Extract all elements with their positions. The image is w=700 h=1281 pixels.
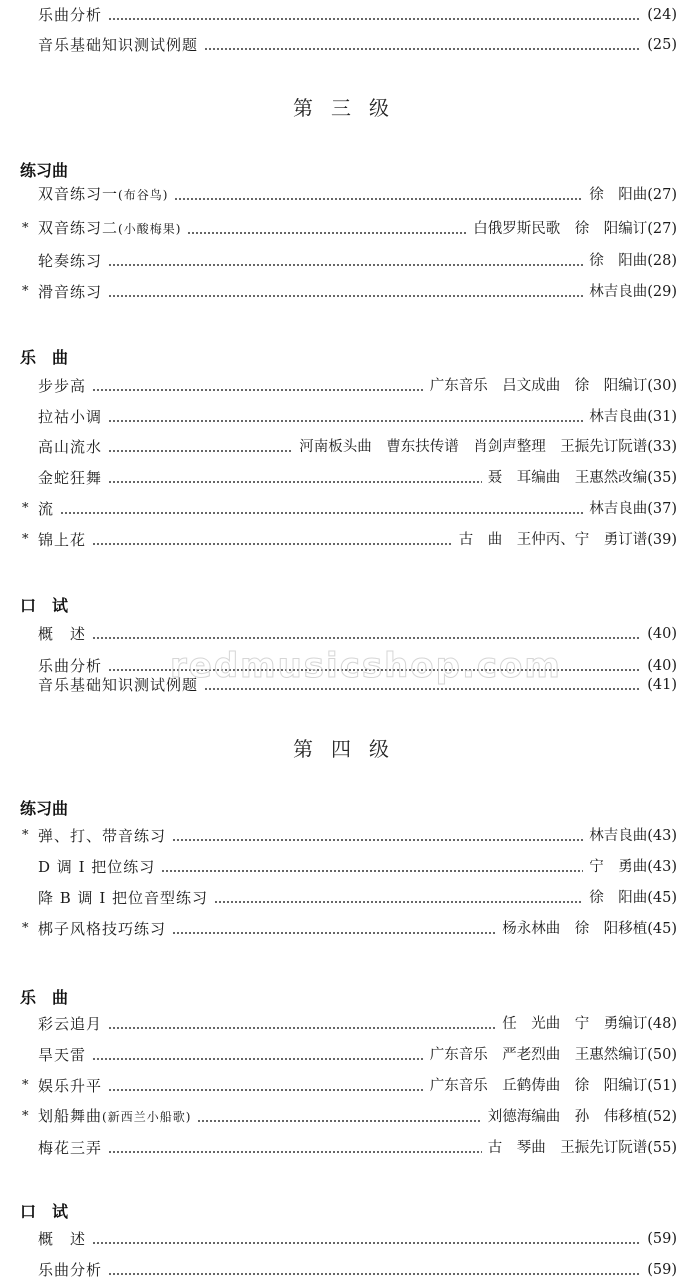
entry-credit: 林吉良曲 (589, 281, 647, 303)
page-number: (27) (647, 218, 677, 240)
entry-title-text: 滑音练习 (38, 283, 102, 301)
entry-title-text: 概 述 (38, 1230, 86, 1248)
dot-leader (92, 637, 641, 639)
dot-leader (204, 688, 641, 690)
level-heading: 第四级 (0, 733, 700, 762)
dot-leader (108, 1151, 482, 1153)
entry-title: 双音练习二(小酸梅果) (38, 217, 181, 240)
toc-entry[interactable]: 音乐基础知识测试例题(41) (38, 674, 677, 696)
toc-entry[interactable]: 概 述(40) (38, 623, 677, 645)
toc-entry[interactable]: D 调 Ⅰ 把位练习宁 勇曲(43) (38, 856, 677, 878)
page-number: (45) (647, 887, 677, 909)
entry-title-text: 概 述 (38, 625, 86, 643)
asterisk-icon: * (22, 529, 38, 551)
page-number: (40) (647, 623, 677, 645)
dot-leader (108, 1027, 496, 1029)
entry-title-text: 乐曲分析 (38, 1261, 102, 1279)
dot-leader (214, 901, 583, 903)
page-number: (24) (647, 4, 677, 26)
entry-title-text: 步步高 (38, 377, 86, 395)
dot-leader (161, 870, 583, 872)
entry-subtitle: (小酸梅果) (118, 222, 181, 236)
dot-leader (108, 1089, 424, 1091)
page-number: (59) (647, 1228, 677, 1250)
page-number: (59) (647, 1259, 677, 1281)
toc-entry[interactable]: 彩云追月任 光曲 宁 勇编订(48) (38, 1013, 677, 1035)
level-heading: 第三级 (0, 92, 700, 121)
dot-leader (92, 1058, 424, 1060)
entry-title: 梅花三弄 (38, 1137, 102, 1159)
entry-title: 音乐基础知识测试例题 (38, 34, 198, 56)
entry-credit: 林吉良曲 (589, 406, 647, 428)
toc-entry[interactable]: *滑音练习林吉良曲(29) (22, 281, 677, 303)
dot-leader (187, 232, 467, 234)
dot-leader (172, 839, 583, 841)
toc-entry[interactable]: 音乐基础知识测试例题(25) (38, 34, 677, 56)
entry-title-text: 梆子风格技巧练习 (38, 920, 166, 938)
entry-title-text: 轮奏练习 (38, 252, 102, 270)
page-number: (35) (647, 467, 677, 489)
page-number: (51) (647, 1075, 677, 1097)
section-heading: 口 试 (20, 1199, 68, 1222)
entry-title-text: 金蛇狂舞 (38, 469, 102, 487)
dot-leader (108, 420, 583, 422)
entry-credit: 聂 耳编曲 王惠然改编 (488, 467, 648, 489)
entry-credit: 杨永林曲 徐 阳移植 (502, 918, 647, 940)
section-heading: 乐 曲 (20, 985, 68, 1008)
entry-title: 划船舞曲(新西兰小船歌) (38, 1105, 191, 1128)
toc-entry[interactable]: *弹、打、带音练习林吉良曲(43) (22, 825, 677, 847)
entry-title-text: 音乐基础知识测试例题 (38, 676, 198, 694)
entry-title-text: 音乐基础知识测试例题 (38, 36, 198, 54)
entry-title-text: 双音练习一 (38, 185, 118, 203)
entry-credit: 林吉良曲 (589, 825, 647, 847)
toc-entry[interactable]: *双音练习二(小酸梅果)白俄罗斯民歌 徐 阳编订(27) (22, 218, 677, 240)
entry-title-text: 乐曲分析 (38, 6, 102, 24)
asterisk-icon: * (22, 825, 38, 847)
dot-leader (60, 512, 583, 514)
section-heading: 乐 曲 (20, 345, 68, 368)
toc-entry[interactable]: *划船舞曲(新西兰小船歌)刘德海编曲 孙 伟移植(52) (22, 1106, 677, 1128)
page-number: (43) (647, 825, 677, 847)
asterisk-icon: * (22, 498, 38, 520)
toc-entry[interactable]: *锦上花古 曲 王仲丙、宁 勇订谱(39) (22, 529, 677, 551)
page-number: (52) (647, 1106, 677, 1128)
entry-title-text: 乐曲分析 (38, 657, 102, 675)
toc-entry[interactable]: 梅花三弄古 琴曲 王振先订阮谱(55) (38, 1137, 677, 1159)
toc-entry[interactable]: 高山流水河南板头曲 曹东扶传谱 肖剑声整理 王振先订阮谱(33) (38, 436, 677, 458)
page-number: (55) (647, 1137, 677, 1159)
entry-title: 高山流水 (38, 436, 102, 458)
dot-leader (108, 481, 482, 483)
section-heading: 练习曲 (20, 158, 68, 181)
toc-entry[interactable]: 旱天雷广东音乐 严老烈曲 王惠然编订(50) (38, 1044, 677, 1066)
dot-leader (108, 264, 583, 266)
page-number: (43) (647, 856, 677, 878)
toc-entry[interactable]: *娱乐升平广东音乐 丘鹤俦曲 徐 阳编订(51) (22, 1075, 677, 1097)
page-number: (37) (647, 498, 677, 520)
entry-title: 概 述 (38, 1228, 86, 1250)
toc-entry[interactable]: 概 述(59) (38, 1228, 677, 1250)
toc-entry[interactable]: 乐曲分析(59) (38, 1259, 677, 1281)
entry-title: D 调 Ⅰ 把位练习 (38, 856, 155, 878)
entry-title-text: 梅花三弄 (38, 1139, 102, 1157)
page-number: (31) (647, 406, 677, 428)
dot-leader (92, 1242, 641, 1244)
toc-entry[interactable]: *流林吉良曲(37) (22, 498, 677, 520)
entry-title: 锦上花 (38, 529, 86, 551)
section-heading: 练习曲 (20, 796, 68, 819)
entry-title: 拉祜小调 (38, 406, 102, 428)
page-number: (25) (647, 34, 677, 56)
dot-leader (108, 669, 641, 671)
entry-title-text: 娱乐升平 (38, 1077, 102, 1095)
entry-title-text: 弹、打、带音练习 (38, 827, 166, 845)
toc-entry[interactable]: 拉祜小调林吉良曲(31) (38, 406, 677, 428)
asterisk-icon: * (22, 281, 38, 303)
entry-title-text: 旱天雷 (38, 1046, 86, 1064)
entry-title: 概 述 (38, 623, 86, 645)
entry-title: 乐曲分析 (38, 1259, 102, 1281)
entry-title-text: 流 (38, 500, 54, 518)
entry-credit: 刘德海编曲 孙 伟移植 (488, 1106, 648, 1128)
entry-credit: 林吉良曲 (589, 498, 647, 520)
toc-entry[interactable]: 双音练习一(布谷鸟)徐 阳曲(27) (38, 184, 677, 206)
entry-title: 轮奏练习 (38, 250, 102, 272)
asterisk-icon: * (22, 218, 38, 240)
toc-entry[interactable]: *梆子风格技巧练习杨永林曲 徐 阳移植(45) (22, 918, 677, 940)
entry-subtitle: (新西兰小船歌) (102, 1110, 191, 1124)
entry-credit: 任 光曲 宁 勇编订 (502, 1013, 647, 1035)
entry-title-text: 拉祜小调 (38, 408, 102, 426)
dot-leader (92, 543, 453, 545)
entry-title: 旱天雷 (38, 1044, 86, 1066)
dot-leader (108, 450, 293, 452)
entry-title: 娱乐升平 (38, 1075, 102, 1097)
entry-title: 音乐基础知识测试例题 (38, 674, 198, 696)
dot-leader (174, 198, 583, 200)
entry-subtitle: (布谷鸟) (118, 188, 168, 202)
entry-title: 金蛇狂舞 (38, 467, 102, 489)
entry-title-text: 降 B 调 Ⅰ 把位音型练习 (38, 889, 208, 907)
toc-entry[interactable]: 降 B 调 Ⅰ 把位音型练习徐 阳曲(45) (38, 887, 677, 909)
page-number: (33) (647, 436, 677, 458)
entry-credit: 广东音乐 丘鹤俦曲 徐 阳编订 (430, 1075, 648, 1097)
entry-credit: 河南板头曲 曹东扶传谱 肖剑声整理 王振先订阮谱 (299, 436, 647, 458)
entry-title-text: 划船舞曲 (38, 1107, 102, 1125)
entry-credit: 徐 阳曲 (589, 184, 647, 206)
toc-entry[interactable]: 乐曲分析(24) (38, 4, 677, 26)
dot-leader (204, 48, 641, 50)
entry-title-text: 双音练习二 (38, 219, 118, 237)
entry-title-text: D 调 Ⅰ 把位练习 (38, 858, 155, 876)
entry-credit: 宁 勇曲 (589, 856, 647, 878)
entry-credit: 古 曲 王仲丙、宁 勇订谱 (459, 529, 648, 551)
asterisk-icon: * (22, 918, 38, 940)
page-number: (28) (647, 250, 677, 272)
entry-title-text: 高山流水 (38, 438, 102, 456)
page-number: (48) (647, 1013, 677, 1035)
dot-leader (172, 932, 496, 934)
entry-credit: 古 琴曲 王振先订阮谱 (488, 1137, 648, 1159)
asterisk-icon: * (22, 1106, 38, 1128)
entry-title: 弹、打、带音练习 (38, 825, 166, 847)
entry-title-text: 彩云追月 (38, 1015, 102, 1033)
page-number: (27) (647, 184, 677, 206)
entry-credit: 白俄罗斯民歌 徐 阳编订 (473, 218, 647, 240)
entry-title: 彩云追月 (38, 1013, 102, 1035)
dot-leader (92, 389, 424, 391)
dot-leader (108, 1273, 641, 1275)
asterisk-icon: * (22, 1075, 38, 1097)
dot-leader (108, 295, 583, 297)
page-number: (41) (647, 674, 677, 696)
dot-leader (108, 18, 641, 20)
entry-credit: 徐 阳曲 (589, 887, 647, 909)
page-number: (29) (647, 281, 677, 303)
entry-credit: 广东音乐 严老烈曲 王惠然编订 (430, 1044, 648, 1066)
entry-title: 乐曲分析 (38, 4, 102, 26)
entry-title: 步步高 (38, 375, 86, 397)
entry-title: 滑音练习 (38, 281, 102, 303)
entry-credit: 徐 阳曲 (589, 250, 647, 272)
page-number: (50) (647, 1044, 677, 1066)
entry-title-text: 锦上花 (38, 531, 86, 549)
entry-title: 双音练习一(布谷鸟) (38, 183, 168, 206)
entry-title: 降 B 调 Ⅰ 把位音型练习 (38, 887, 208, 909)
toc-entry[interactable]: 金蛇狂舞聂 耳编曲 王惠然改编(35) (38, 467, 677, 489)
entry-title: 梆子风格技巧练习 (38, 918, 166, 940)
toc-entry[interactable]: 步步高广东音乐 吕文成曲 徐 阳编订(30) (38, 375, 677, 397)
section-heading: 口 试 (20, 593, 68, 616)
page-number: (45) (647, 918, 677, 940)
toc-entry[interactable]: 轮奏练习徐 阳曲(28) (38, 250, 677, 272)
dot-leader (197, 1120, 481, 1122)
entry-credit: 广东音乐 吕文成曲 徐 阳编订 (430, 375, 648, 397)
entry-title: 流 (38, 498, 54, 520)
page-number: (39) (647, 529, 677, 551)
page-number: (30) (647, 375, 677, 397)
